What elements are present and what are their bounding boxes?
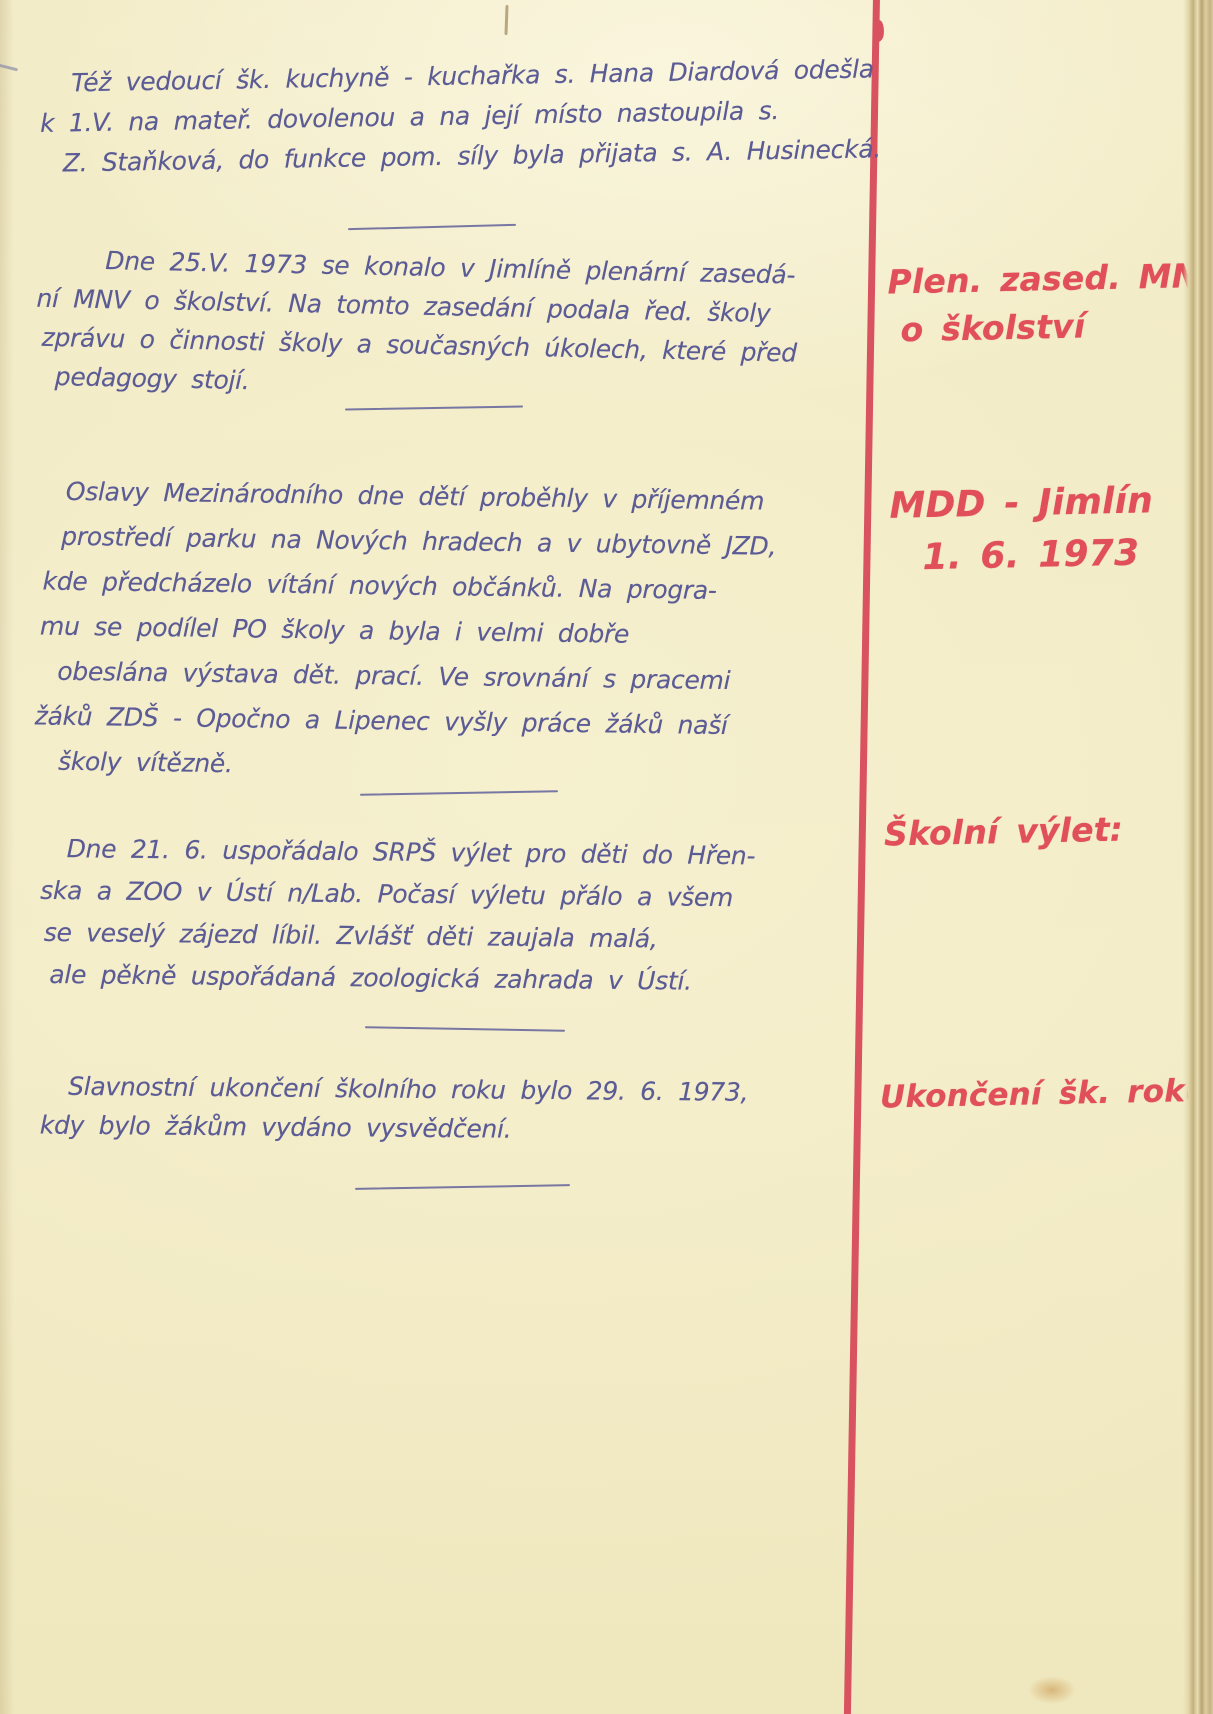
ink-mark: [504, 5, 508, 35]
margin-note-plenary-session: Plen. zased. MNV o školství: [887, 251, 1213, 354]
handwritten-line: kdy bylo žákům vydáno vysvědčení.: [36, 1106, 836, 1152]
ink-divider: [360, 790, 558, 795]
margin-note-school-trip: Školní výlet:: [884, 810, 1124, 854]
pen-stroke: [0, 64, 18, 72]
margin-note-line: Ukončení šk. roku:: [880, 1072, 1213, 1115]
margin-note-line: MDD - Jimlín: [889, 475, 1154, 533]
ink-divider: [355, 1184, 570, 1190]
margin-note-end-of-school-year: Ukončení šk. roku:: [880, 1072, 1213, 1115]
paragraph-1: Též vedoucí šk. kuchyně - kuchařka s. Ha…: [35, 50, 837, 184]
chronicle-page: Též vedoucí šk. kuchyně - kuchařka s. Ha…: [0, 0, 1213, 1714]
margin-note-line: 1. 6. 1973: [890, 527, 1155, 585]
paragraph-5: Slavnostní ukončení školního roku bylo 2…: [36, 1067, 837, 1152]
ink-divider: [365, 1026, 565, 1031]
margin-note-line: Školní výlet:: [884, 810, 1124, 854]
margin-note-line: o školství: [888, 299, 1213, 354]
paragraph-3: Oslavy Mezinárodního dne dětí proběhly v…: [34, 468, 838, 794]
paragraph-4: Dne 21. 6. uspořádalo SRPŠ výlet pro dět…: [35, 828, 837, 1004]
margin-rule: [844, 0, 880, 1714]
page-edge: [1183, 0, 1213, 1714]
paragraph-2: Dne 25.V. 1973 se konalo v Jimlíně plená…: [34, 240, 837, 413]
handwritten-line: ale pěkně uspořádaná zoologická zahrada …: [35, 954, 835, 1004]
ink-blob: [872, 20, 885, 43]
margin-note-line: Plen. zased. MNV: [887, 251, 1213, 306]
stain: [1028, 1676, 1076, 1704]
margin-note-childrens-day: MDD - Jimlín 1. 6. 1973: [889, 475, 1155, 584]
ink-divider: [348, 224, 516, 230]
ink-divider: [345, 405, 523, 410]
